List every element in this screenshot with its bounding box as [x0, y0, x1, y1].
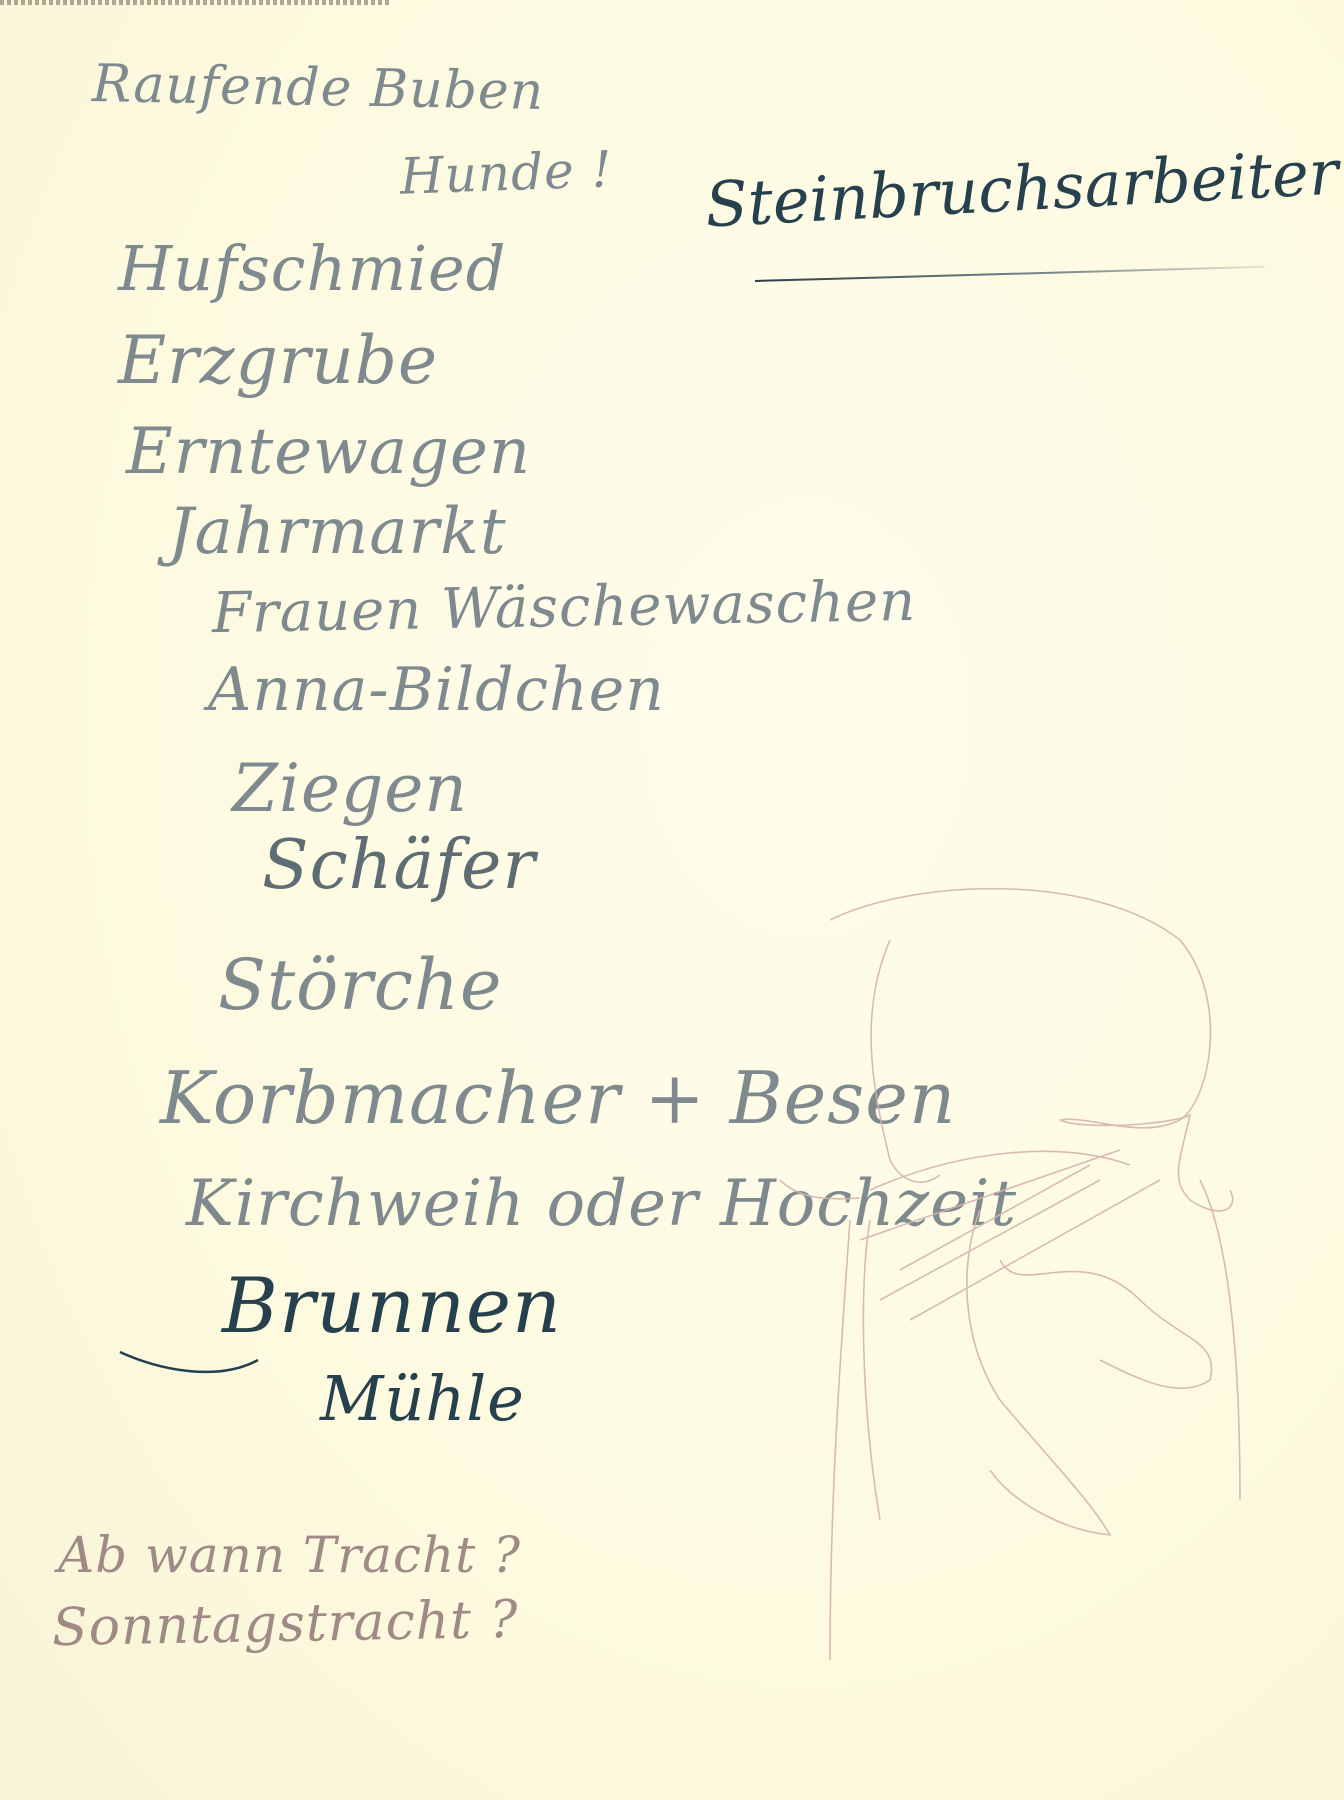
- note-line-ziegen: Ziegen: [232, 756, 468, 822]
- note-line-hunde: Hunde !: [399, 144, 613, 201]
- note-line-erzgrube: Erzgrube: [118, 328, 438, 394]
- note-line-jahrmarkt: Jahrmarkt: [168, 500, 507, 564]
- heading-underline: [755, 266, 1265, 282]
- brunnen-flourish: [118, 1340, 278, 1390]
- note-line-frauen-waeschewaschen: Frauen Wäschewaschen: [212, 574, 917, 642]
- note-line-brunnen: Brunnen: [222, 1268, 562, 1344]
- note-line-muehle: Mühle: [320, 1368, 525, 1430]
- question-ab-wann-tracht: Ab wann Tracht ?: [58, 1530, 521, 1580]
- note-line-raufende-buben: Raufende Buben: [92, 58, 545, 118]
- figure-sketch: [760, 880, 1320, 1700]
- note-line-stoerche: Störche: [218, 950, 502, 1020]
- perforated-edge: [0, 0, 390, 5]
- paper-sheet: Raufende Buben Hunde ! Steinbruchsarbeit…: [0, 0, 1344, 1800]
- note-line-schaefer: Schäfer: [262, 832, 536, 900]
- note-line-hufschmied: Hufschmied: [118, 238, 506, 300]
- note-line-erntewagen: Erntewagen: [126, 420, 531, 484]
- note-line-anna-bildchen: Anna-Bildchen: [208, 660, 665, 720]
- heading-steinbruchsarbeiter: Steinbruchsarbeiter: [704, 141, 1340, 236]
- question-sonntagstracht: Sonntagstracht ?: [52, 1594, 519, 1654]
